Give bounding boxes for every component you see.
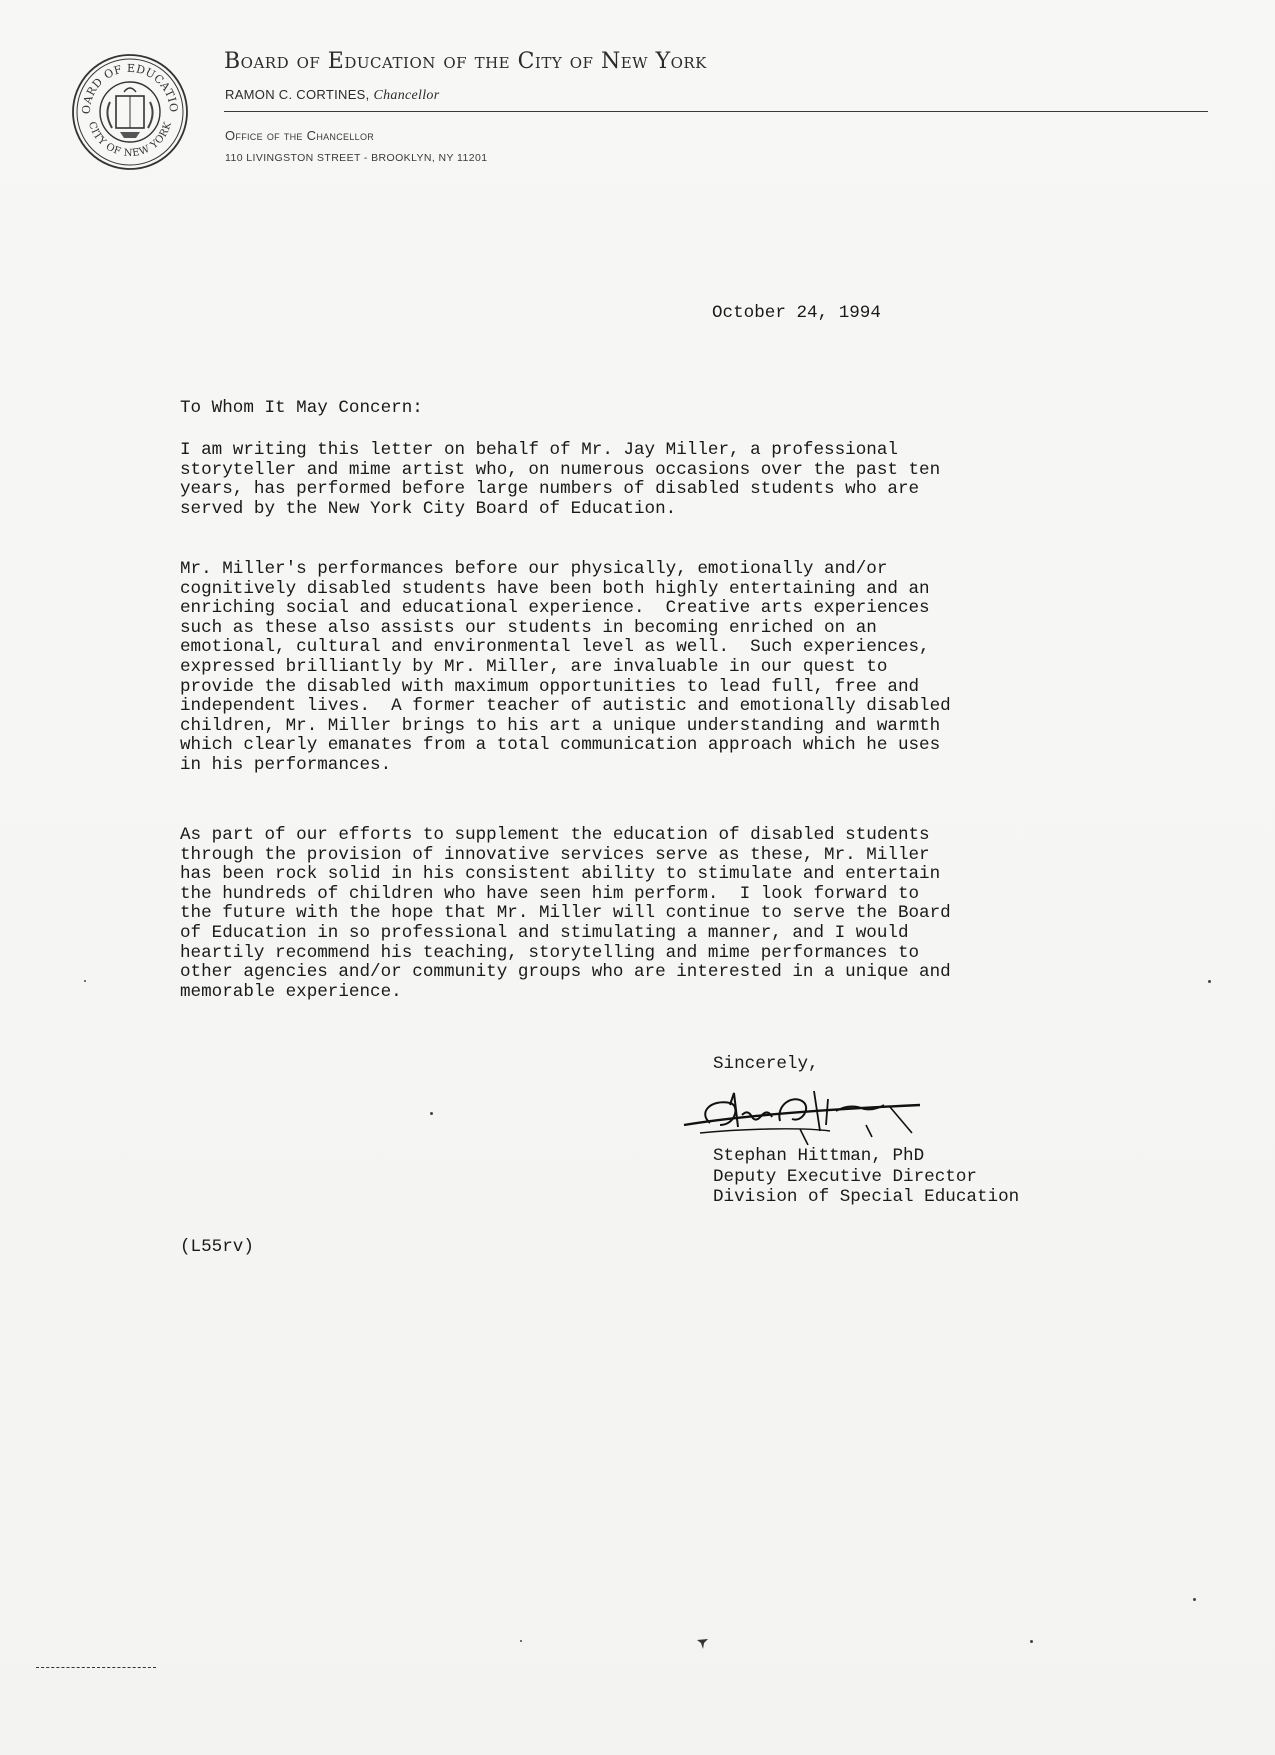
closing: Sincerely, xyxy=(713,1054,819,1074)
reference-code: (L55rv) xyxy=(180,1237,254,1257)
body-paragraph-2: Mr. Miller's performances before our phy… xyxy=(180,560,1180,776)
letter-page: BOARD OF EDUCATION CITY OF NEW YORK Boar… xyxy=(0,0,1275,1755)
chancellor-name: RAMON C. CORTINES, xyxy=(225,87,370,102)
organization-name: Board of Education of the City of New Yo… xyxy=(224,49,707,74)
chancellor-title: Chancellor xyxy=(373,88,439,103)
scan-speck xyxy=(520,1640,522,1642)
board-of-education-seal-icon: BOARD OF EDUCATION CITY OF NEW YORK xyxy=(70,52,190,172)
svg-text:BOARD OF EDUCATION: BOARD OF EDUCATION xyxy=(70,52,180,114)
scan-artifact-mark-icon xyxy=(696,1637,710,1651)
body-paragraph-1: I am writing this letter on behalf of Mr… xyxy=(180,441,1180,519)
letterhead-divider xyxy=(224,111,1208,112)
signer-title: Deputy Executive Director xyxy=(713,1167,1019,1188)
scan-speck xyxy=(1208,980,1211,983)
handwritten-signature-icon xyxy=(680,1085,950,1145)
scan-speck xyxy=(84,980,86,982)
office-name: Office of the Chancellor xyxy=(225,128,374,143)
scan-speck xyxy=(1193,1598,1196,1601)
salutation: To Whom It May Concern: xyxy=(180,398,423,418)
signer-division: Division of Special Education xyxy=(713,1187,1019,1208)
signer-name: Stephan Hittman, PhD xyxy=(713,1146,1019,1167)
chancellor-line: RAMON C. CORTINES, Chancellor xyxy=(225,87,439,104)
scan-speck xyxy=(430,1112,433,1115)
letter-date: October 24, 1994 xyxy=(712,303,881,323)
scan-artifact-line xyxy=(36,1667,156,1668)
body-paragraph-3: As part of our efforts to supplement the… xyxy=(180,826,1180,1002)
signature-block: Stephan Hittman, PhD Deputy Executive Di… xyxy=(713,1146,1019,1208)
office-address: 110 LIVINGSTON STREET - BROOKLYN, NY 112… xyxy=(225,152,487,164)
scan-speck xyxy=(1030,1640,1033,1643)
